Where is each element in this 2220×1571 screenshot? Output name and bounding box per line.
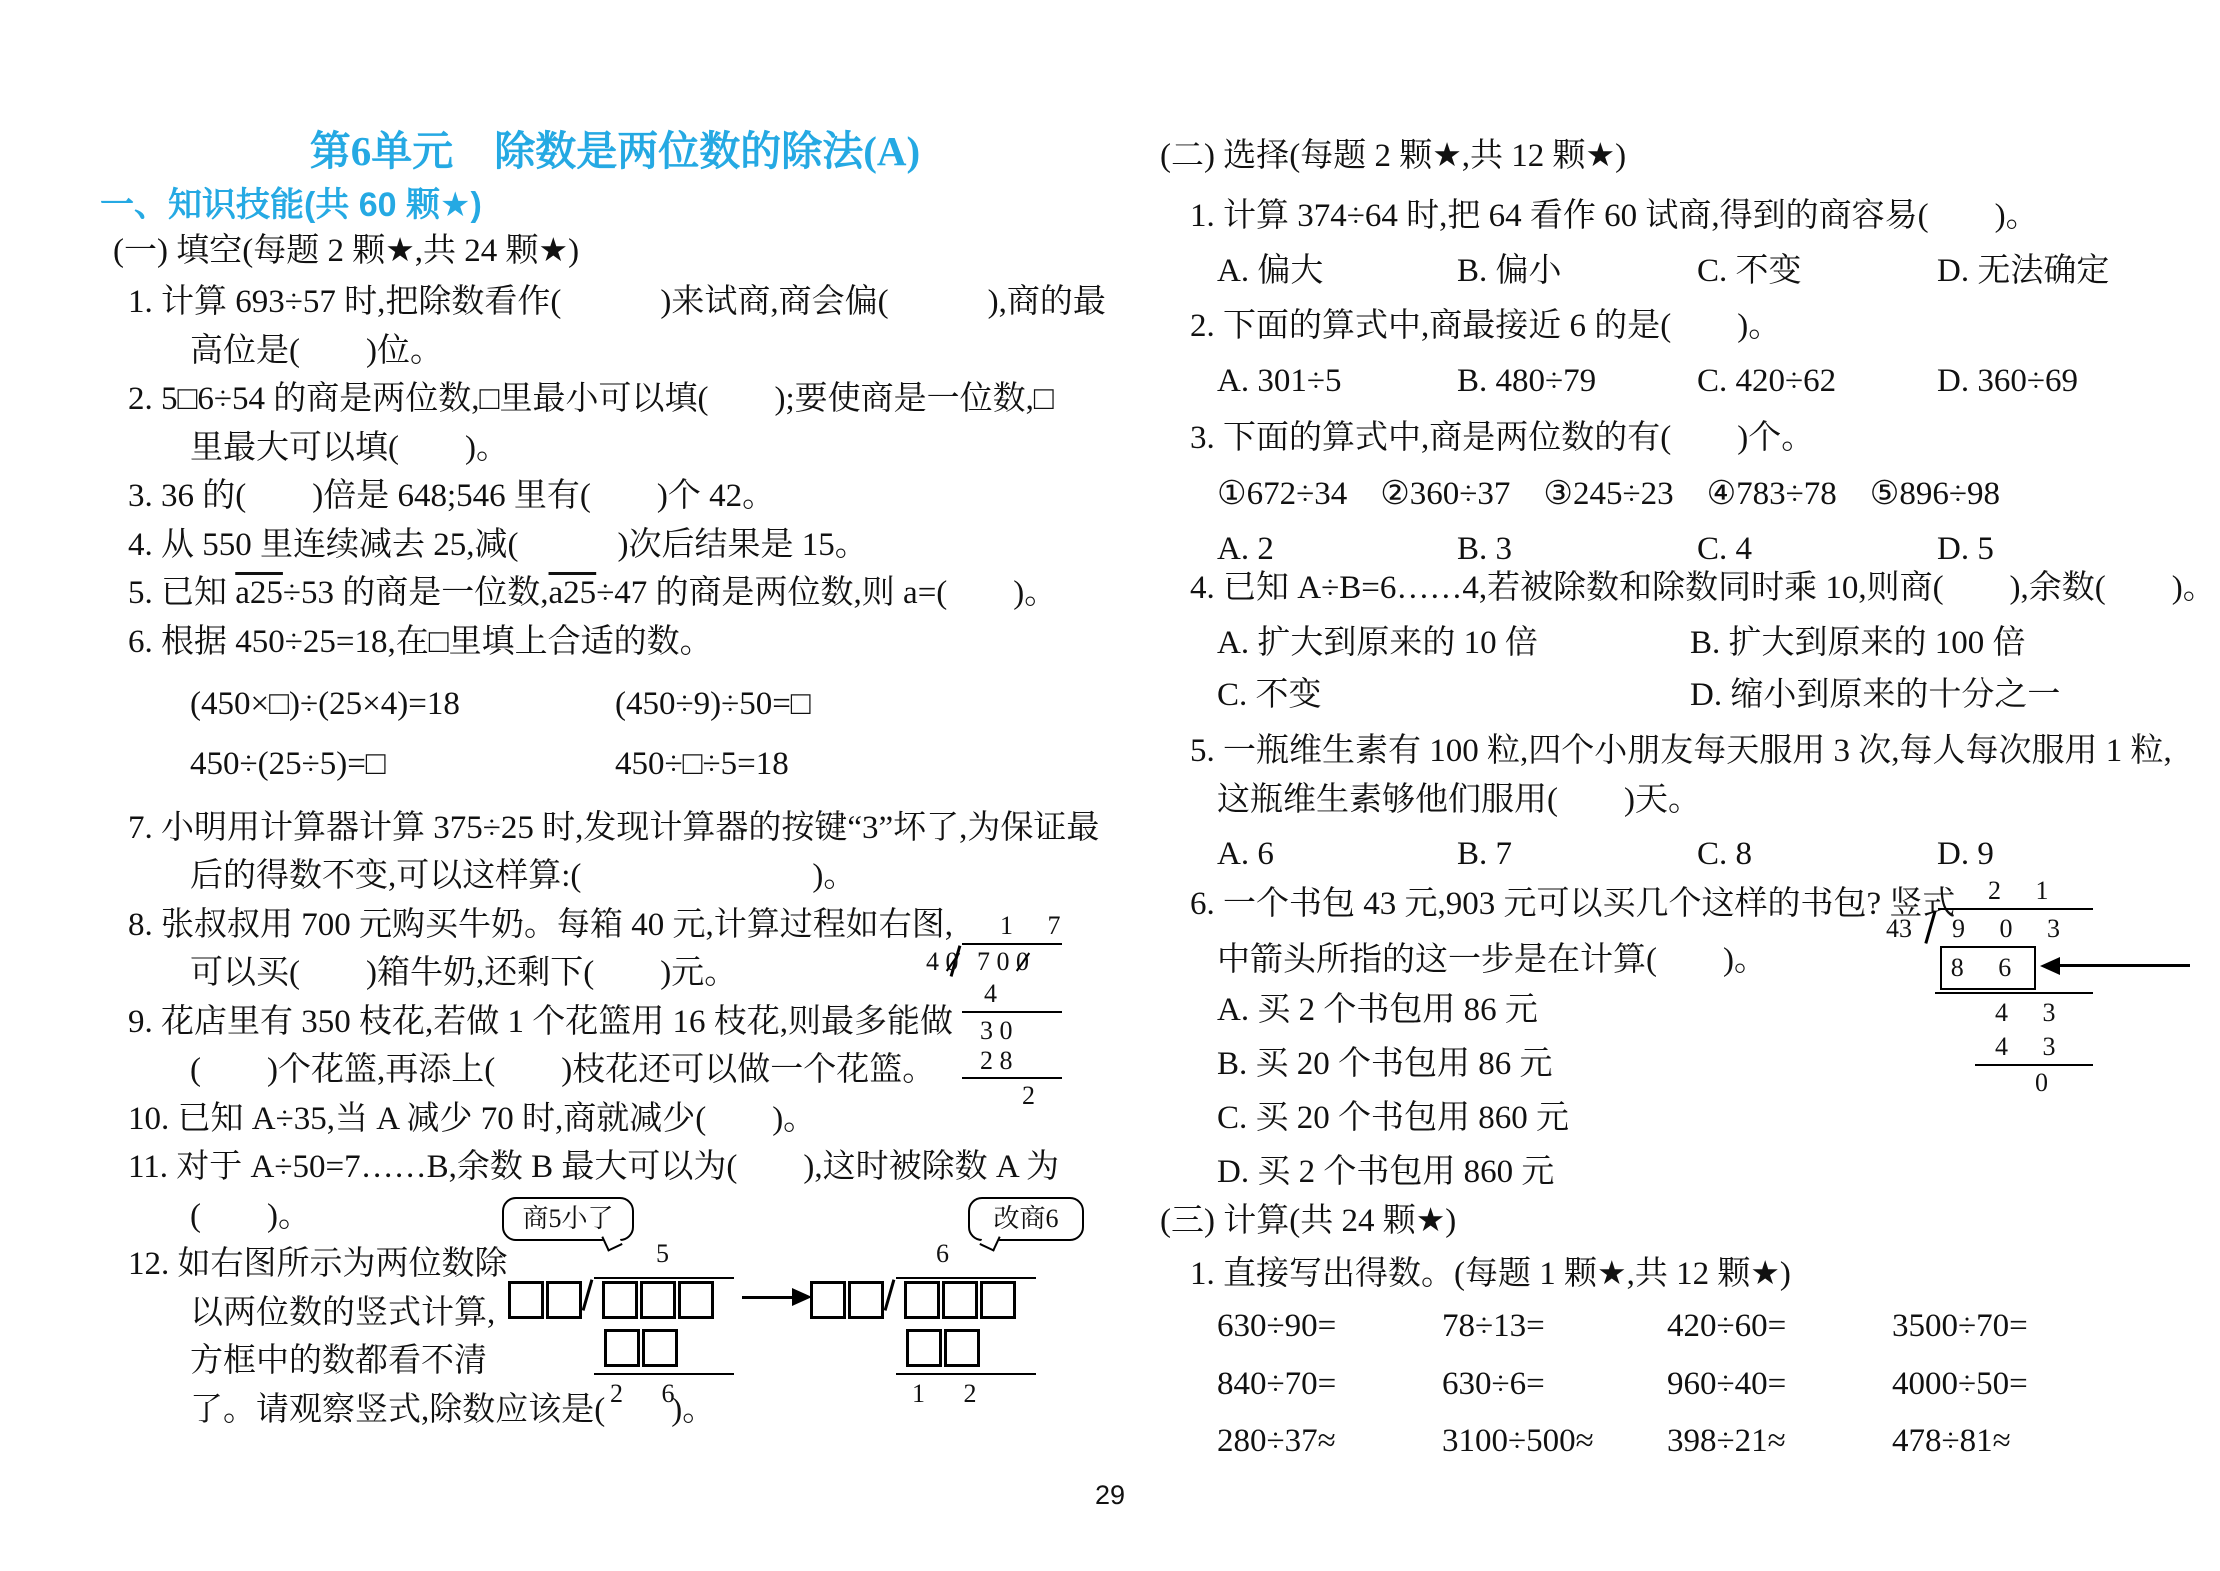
calc-item: 78÷13= bbox=[1442, 1308, 1545, 1346]
milk-line1 bbox=[962, 1011, 1062, 1013]
fill-q7-line2: 后的得数不变,可以这样算:( )。 bbox=[190, 858, 856, 896]
digit-box bbox=[904, 1281, 940, 1319]
trial-bracket-right bbox=[884, 1279, 895, 1310]
bag-quotient: 2 1 bbox=[1988, 876, 2063, 906]
fill-q3: 3. 36 的( )倍是 648;546 里有( )个 42。 bbox=[128, 478, 775, 516]
q5-pre: 5. 已知 bbox=[128, 575, 235, 611]
calc-item: 960÷40= bbox=[1667, 1366, 1786, 1404]
choice-q4: 4. 已知 A÷B=6……4,若被除数和除数同时乘 10,则商( ),余数( )… bbox=[1190, 570, 2216, 608]
choice-q5-option-a: A. 6 bbox=[1217, 836, 1274, 874]
digit-box bbox=[602, 1281, 638, 1319]
digit-box bbox=[906, 1329, 942, 1367]
choice-q1-option-b: B. 偏小 bbox=[1457, 253, 1562, 291]
milk-quotient: 1 7 bbox=[1000, 911, 1075, 941]
calc-item: 630÷90= bbox=[1217, 1308, 1336, 1346]
digit-box bbox=[980, 1281, 1016, 1319]
choice-q5-option-b: B. 7 bbox=[1457, 836, 1512, 874]
bag-boxed-text: 8 6 bbox=[1951, 953, 2026, 982]
speech-bubble-left: 商5小了 bbox=[502, 1197, 634, 1241]
calc-item: 630÷6= bbox=[1442, 1366, 1545, 1404]
bag-boxed-step: 8 6 bbox=[1940, 946, 2036, 990]
subsection-calc-heading: (三) 计算(共 24 颗★) bbox=[1160, 1203, 1456, 1241]
trial-quotient-figure: 商5小了 5 2 6 1 2 改商6 6 bbox=[498, 1193, 1098, 1433]
fill-q1-line2: 高位是( )位。 bbox=[190, 333, 443, 371]
digit-box bbox=[810, 1281, 846, 1319]
choice-q3-option-a: A. 2 bbox=[1217, 531, 1274, 569]
digit-box bbox=[604, 1329, 640, 1367]
q5-mid: ÷53 的商是一位数, bbox=[283, 575, 549, 611]
choice-q2-option-d: D. 360÷69 bbox=[1937, 363, 2078, 401]
page-title: 第6单元 除数是两位数的除法(A) bbox=[100, 128, 1130, 175]
choice-q6-option-c: C. 买 20 个书包用 860 元 bbox=[1217, 1100, 1569, 1138]
fill-q6-eq1a: (450×□)÷(25×4)=18 bbox=[190, 686, 460, 724]
milk-divisor-4: 4 bbox=[926, 947, 946, 976]
choice-q3-option-d: D. 5 bbox=[1937, 531, 1994, 569]
milk-dividend-70: 7 0 bbox=[977, 947, 1016, 976]
milk-vinculum bbox=[962, 943, 1062, 945]
page-number: 29 bbox=[0, 1480, 2220, 1511]
choice-q1-option-c: C. 不变 bbox=[1697, 253, 1802, 291]
bag-line2 bbox=[1975, 1064, 2093, 1066]
milk-divisor-0-struck: 0 bbox=[946, 947, 959, 977]
choice-q5-option-c: C. 8 bbox=[1697, 836, 1752, 874]
fill-q9-line1: 9. 花店里有 350 枝花,若做 1 个花篮用 16 枝花,则最多能做 bbox=[128, 1004, 953, 1042]
milk-sub2: 3 0 bbox=[980, 1016, 1013, 1046]
fill-q11-line2: ( )。 bbox=[190, 1198, 311, 1236]
trial-result-right: 1 2 bbox=[912, 1379, 993, 1409]
bag-bracket bbox=[1924, 910, 1936, 943]
choice-q2: 2. 下面的算式中,商最接近 6 的是( )。 bbox=[1190, 308, 1781, 346]
trial-vinculum-right bbox=[896, 1277, 1036, 1279]
worksheet-page: 第6单元 除数是两位数的除法(A) 一、知识技能(共 60 颗★) (一) 填空… bbox=[0, 0, 2220, 1571]
arrow-left-icon bbox=[2040, 957, 2060, 975]
milk-divisor: 4 0 bbox=[926, 947, 959, 977]
choice-q2-option-c: C. 420÷62 bbox=[1697, 363, 1836, 401]
fill-q2-line2: 里最大可以填( )。 bbox=[190, 430, 509, 468]
fill-q5: 5. 已知 a25÷53 的商是一位数,a25÷47 的商是两位数,则 a=( … bbox=[128, 575, 1057, 613]
bag-row1: 4 3 bbox=[1995, 998, 2070, 1028]
calc-item: 420÷60= bbox=[1667, 1308, 1786, 1346]
digit-box bbox=[508, 1281, 544, 1319]
arrow-line bbox=[742, 1296, 796, 1299]
fill-q7-line1: 7. 小明用计算器计算 375÷25 时,发现计算器的按键“3”坏了,为保证最 bbox=[128, 810, 1099, 848]
digit-box bbox=[640, 1281, 676, 1319]
bubble-right-text: 改商6 bbox=[993, 1204, 1058, 1233]
choice-q6-line2: 中箭头所指的这一步是在计算( )。 bbox=[1217, 942, 1767, 980]
bag-vinculum bbox=[1938, 908, 2093, 910]
fill-q11-line1: 11. 对于 A÷50=7……B,余数 B 最大可以为( ),这时被除数 A 为 bbox=[128, 1149, 1059, 1187]
fill-q9-line2: ( )个花篮,再添上( )枝花还可以做一个花篮。 bbox=[190, 1052, 935, 1090]
digit-box bbox=[546, 1281, 582, 1319]
choice-q2-option-b: B. 480÷79 bbox=[1457, 363, 1596, 401]
milk-remainder: 2 bbox=[1022, 1081, 1035, 1111]
fill-q1-line1: 1. 计算 693÷57 时,把除数看作( )来试商,商会偏( ),商的最 bbox=[128, 284, 1106, 322]
digit-box bbox=[944, 1329, 980, 1367]
digit-box bbox=[942, 1281, 978, 1319]
bubble-left-text: 商5小了 bbox=[522, 1204, 613, 1233]
calc-item: 478÷81≈ bbox=[1892, 1423, 2011, 1461]
trial-result-left: 2 6 bbox=[610, 1379, 691, 1409]
choice-q4-option-a: A. 扩大到原来的 10 倍 bbox=[1217, 625, 1538, 663]
calc-item: 398÷21≈ bbox=[1667, 1423, 1786, 1461]
calc-item: 840÷70= bbox=[1217, 1366, 1336, 1404]
choice-q6-option-d: D. 买 2 个书包用 860 元 bbox=[1217, 1154, 1554, 1192]
choice-q6-option-a: A. 买 2 个书包用 86 元 bbox=[1217, 992, 1538, 1030]
choice-q4-option-d: D. 缩小到原来的十分之一 bbox=[1690, 677, 2060, 715]
fill-q6-eq2b: 450÷□÷5=18 bbox=[615, 746, 789, 784]
subsection-choice-heading: (二) 选择(每题 2 颗★,共 12 颗★) bbox=[1160, 138, 1626, 176]
fill-q12-line1: 12. 如右图所示为两位数除 bbox=[128, 1246, 508, 1284]
digit-box bbox=[642, 1329, 678, 1367]
bag-arrow-line bbox=[2058, 964, 2190, 967]
fill-q8-line1: 8. 张叔叔用 700 元购买牛奶。每箱 40 元,计算过程如右图, bbox=[128, 907, 953, 945]
section-knowledge-heading: 一、知识技能(共 60 颗★) bbox=[100, 186, 482, 225]
trial-quotient-left: 5 bbox=[656, 1239, 669, 1269]
choice-q5-line2: 这瓶维生素够他们服用( )天。 bbox=[1217, 782, 1701, 820]
choice-q6-option-b: B. 买 20 个书包用 86 元 bbox=[1217, 1046, 1553, 1084]
choice-q6-line1: 6. 一个书包 43 元,903 元可以买几个这样的书包? 竖式 bbox=[1190, 886, 1955, 924]
choice-q2-option-a: A. 301÷5 bbox=[1217, 363, 1341, 401]
trial-bracket-left bbox=[582, 1279, 593, 1310]
q5-overline-a25-2: a25 bbox=[549, 575, 597, 611]
choice-q4-option-b: B. 扩大到原来的 100 倍 bbox=[1690, 625, 2026, 663]
choice-q1-option-a: A. 偏大 bbox=[1217, 253, 1323, 291]
milk-line2 bbox=[962, 1077, 1062, 1079]
q5-overline-a25: a25 bbox=[235, 575, 283, 611]
bag-remainder: 0 bbox=[2035, 1068, 2048, 1098]
speech-bubble-right: 改商6 bbox=[968, 1197, 1084, 1241]
fill-q6-eq1b: (450÷9)÷50=□ bbox=[615, 686, 811, 724]
arrow-right-icon bbox=[792, 1288, 812, 1306]
calc-instruction: 1. 直接写出得数。(每题 1 颗★,共 12 颗★) bbox=[1190, 1256, 1791, 1294]
choice-q4-option-c: C. 不变 bbox=[1217, 677, 1322, 715]
subsection-fill-heading: (一) 填空(每题 2 颗★,共 24 颗★) bbox=[113, 233, 579, 271]
choice-q3: 3. 下面的算式中,商是两位数的有( )个。 bbox=[1190, 420, 1814, 458]
choice-q3-option-c: C. 4 bbox=[1697, 531, 1752, 569]
calc-item: 3500÷70= bbox=[1892, 1308, 2028, 1346]
fill-q8-line2: 可以买( )箱牛奶,还剩下( )元。 bbox=[190, 955, 737, 993]
choice-q1: 1. 计算 374÷64 时,把 64 看作 60 试商,得到的商容易( )。 bbox=[1190, 198, 2039, 236]
fill-q12-line2: 以两位数的竖式计算, bbox=[190, 1295, 495, 1333]
milk-dividend-0-struck: 0 bbox=[1016, 947, 1029, 977]
fill-q6: 6. 根据 450÷25=18,在□里填上合适的数。 bbox=[128, 624, 713, 662]
milk-sub1: 4 bbox=[984, 979, 997, 1009]
milk-sub3: 2 8 bbox=[980, 1046, 1013, 1076]
choice-q5-line1: 5. 一瓶维生素有 100 粒,四个小朋友每天服用 3 次,每人每次服用 1 粒… bbox=[1190, 733, 2172, 771]
digit-box bbox=[848, 1281, 884, 1319]
long-division-milk-figure: 1 7 4 0 7 0 0 4 3 0 2 8 2 bbox=[922, 905, 1072, 1105]
fill-q12-line3: 方框中的数都看不清 bbox=[190, 1343, 487, 1381]
fill-q4: 4. 从 550 里连续减去 25,减( )次后结果是 15。 bbox=[128, 527, 868, 565]
bag-line1 bbox=[1935, 992, 2093, 994]
calc-item: 280÷37≈ bbox=[1217, 1423, 1336, 1461]
bag-divisor: 43 bbox=[1886, 914, 1912, 944]
choice-q1-option-d: D. 无法确定 bbox=[1937, 253, 2109, 291]
q5-post: ÷47 的商是两位数,则 a=( )。 bbox=[596, 575, 1057, 611]
trial-subline-left bbox=[594, 1373, 734, 1375]
choice-q3-option-b: B. 3 bbox=[1457, 531, 1512, 569]
trial-subline-right bbox=[896, 1373, 1036, 1375]
long-division-bag-figure: 2 1 43 9 0 3 8 6 4 3 4 3 0 bbox=[1880, 868, 2215, 1103]
fill-q2-line1: 2. 5□6÷54 的商是两位数,□里最小可以填( );要使商是一位数,□ bbox=[128, 381, 1054, 419]
bag-dividend: 9 0 3 bbox=[1952, 914, 2074, 944]
digit-box bbox=[678, 1281, 714, 1319]
trial-vinculum-left bbox=[594, 1277, 734, 1279]
milk-dividend: 7 0 0 bbox=[977, 947, 1029, 977]
fill-q10: 10. 已知 A÷35,当 A 减少 70 时,商就减少( )。 bbox=[128, 1101, 816, 1139]
choice-q3-items: ①672÷34 ②360÷37 ③245÷23 ④783÷78 ⑤896÷98 bbox=[1217, 476, 2000, 514]
calc-item: 3100÷500≈ bbox=[1442, 1423, 1594, 1461]
calc-item: 4000÷50= bbox=[1892, 1366, 2028, 1404]
bag-row2: 4 3 bbox=[1995, 1032, 2070, 1062]
trial-quotient-right: 6 bbox=[936, 1239, 949, 1269]
fill-q6-eq2a: 450÷(25÷5)=□ bbox=[190, 746, 386, 784]
